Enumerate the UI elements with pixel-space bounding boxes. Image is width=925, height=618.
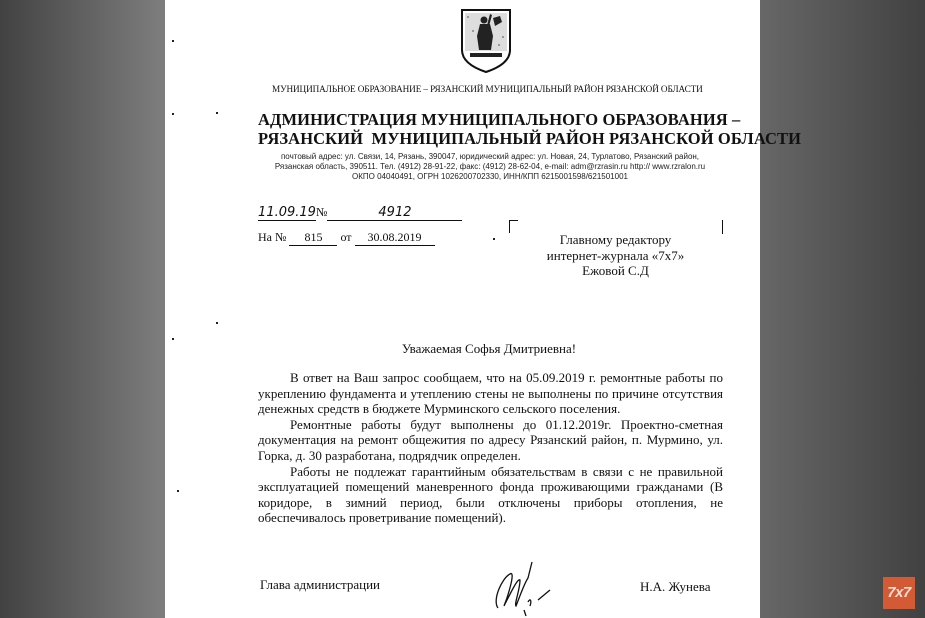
paragraph: В ответ на Ваш запрос сообщаем, что на 0… [258, 370, 723, 417]
scan-speck [216, 322, 218, 324]
recipient-block: Главному редактору интернет-журнала «7х7… [528, 232, 703, 279]
address-corner-left [509, 220, 518, 233]
greeting: Уважаемая Софья Дмитриевна! [258, 341, 720, 357]
address-corner-right [712, 220, 723, 234]
outgoing-number-value: 4912 [327, 205, 462, 221]
outgoing-number: 11.09.19№4912 [258, 205, 462, 221]
outgoing-date: 11.09.19 [258, 205, 316, 221]
org-title-line1: АДМИНИСТРАЦИЯ МУНИЦИПАЛЬНОГО ОБРАЗОВАНИЯ… [258, 110, 720, 129]
paragraph: Работы не подлежат гарантийным обязатель… [258, 464, 723, 526]
reference-from-label: от [340, 230, 351, 244]
scan-speck [172, 338, 174, 340]
scan-speck [172, 40, 174, 42]
scan-speck [172, 113, 174, 115]
org-title: АДМИНИСТРАЦИЯ МУНИЦИПАЛЬНОГО ОБРАЗОВАНИЯ… [258, 110, 720, 148]
reference-label: На № [258, 230, 286, 244]
recipient-line: интернет-журнала «7х7» [528, 248, 703, 264]
scan-speck [177, 490, 179, 492]
letter-body: В ответ на Ваш запрос сообщаем, что на 0… [258, 370, 723, 526]
signatory-name: Н.А. Жунева [640, 579, 711, 595]
recipient-line: Главному редактору [528, 232, 703, 248]
contacts-line3: ОКПО 04040491, ОГРН 1026200702330, ИНН/К… [265, 172, 715, 182]
contacts-line1: почтовый адрес: ул. Связи, 14, Рязань, 3… [265, 152, 715, 162]
signatory-role: Глава администрации [260, 577, 380, 593]
recipient-line: Ежовой С.Д [528, 263, 703, 279]
scan-speck [216, 112, 218, 114]
org-contacts: почтовый адрес: ул. Связи, 14, Рязань, 3… [265, 152, 715, 182]
background-right [760, 0, 925, 618]
handwritten-signature [488, 560, 558, 618]
reference-date: 30.08.2019 [355, 230, 435, 246]
reference-number: На № 815 от 30.08.2019 [258, 230, 435, 246]
org-title-line2: РЯЗАНСКИЙ МУНИЦИПАЛЬНЫЙ РАЙОН РЯЗАНСКОЙ … [258, 129, 720, 148]
contacts-line2: Рязанская область, 390511. Тел. (4912) 2… [265, 162, 715, 172]
watermark-logo: 7x7 [883, 577, 915, 609]
paragraph: Ремонтные работы будут выполнены до 01.1… [258, 417, 723, 464]
reference-number-value: 815 [289, 230, 337, 246]
scan-speck [493, 238, 495, 240]
coat-of-arms-icon [458, 6, 514, 74]
outgoing-number-label: № [316, 205, 327, 219]
org-header-small: МУНИЦИПАЛЬНОЕ ОБРАЗОВАНИЕ – РЯЗАНСКИЙ МУ… [272, 84, 703, 94]
background-left [0, 0, 165, 618]
